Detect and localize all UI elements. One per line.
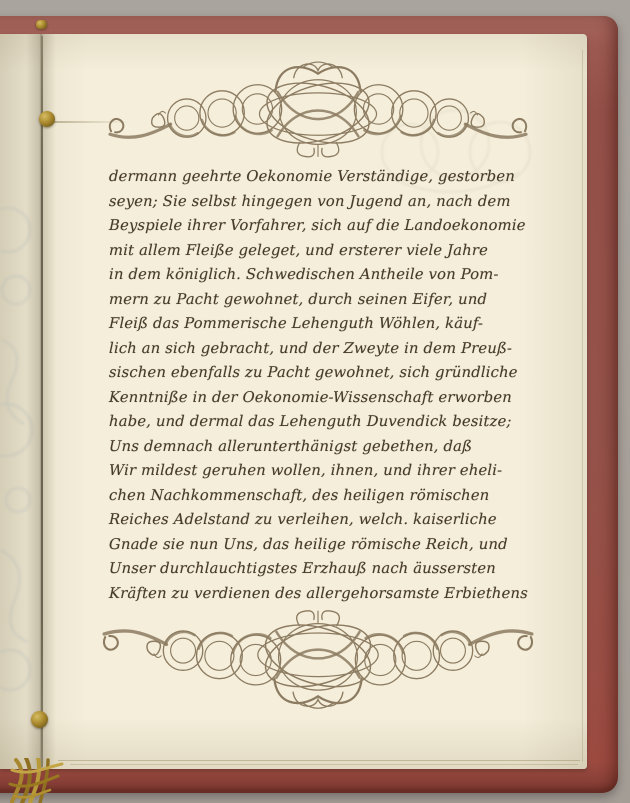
manuscript-line: in dem königlich. Schwedischen Antheile … xyxy=(109,263,509,288)
manuscript-line: Kräften zu verdienen des allergehorsamst… xyxy=(109,582,509,607)
manuscript-line: dermann geehrte Oekonomie Verständige, g… xyxy=(109,165,509,190)
manuscript-line: Reiches Adelstand zu verleihen, welch. k… xyxy=(109,508,509,533)
gold-binding-glint xyxy=(36,20,47,29)
scanned-manuscript-page: dermann geehrte Oekonomie Verständige, g… xyxy=(0,0,630,803)
manuscript-line: Wir mildest geruhen wollen, ihnen, und i… xyxy=(109,459,509,484)
manuscript-line: mern zu Pacht gewohnet, durch seinen Eif… xyxy=(109,288,509,313)
manuscript-line: Kenntniße in der Oekonomie-Wissenschaft … xyxy=(109,386,509,411)
gutter-crease xyxy=(41,36,43,767)
manuscript-line: lich an sich gebracht, und der Zweyte in… xyxy=(109,337,509,362)
gold-tassel xyxy=(6,758,70,803)
manuscript-text-block: dermann geehrte Oekonomie Verständige, g… xyxy=(109,165,509,606)
manuscript-line: Beyspiele ihrer Vorfahrer, sich auf die … xyxy=(109,214,509,239)
bottom-calligraphic-flourish xyxy=(100,606,536,716)
manuscript-line: mit allem Fleiße geleget, und ersterer v… xyxy=(109,239,509,264)
manuscript-line: chen Nachkommenschaft, des heiligen römi… xyxy=(109,484,509,509)
manuscript-line: habe, und dermal das Lehenguth Duvendick… xyxy=(109,410,509,435)
page-stack-edge xyxy=(58,760,580,761)
manuscript-line: Fleiß das Pommerische Lehenguth Wöhlen, … xyxy=(109,312,509,337)
manuscript-line: seyen; Sie selbst hingegen von Jugend an… xyxy=(109,190,509,215)
page-stack-edge xyxy=(582,50,583,762)
manuscript-line: Uns demnach allerunterthänigst gebethen,… xyxy=(109,435,509,460)
page-stack-edge xyxy=(70,764,578,765)
top-calligraphic-flourish xyxy=(106,56,530,160)
gold-binding-stud xyxy=(39,111,55,127)
gold-binding-stud xyxy=(31,711,48,728)
manuscript-line: Unser durchlauchtigstes Erzhauß nach äus… xyxy=(109,557,509,582)
manuscript-line: Gnade sie nun Uns, das heilige römische … xyxy=(109,533,509,558)
manuscript-line: sischen ebenfalls zu Pacht gewohnet, sic… xyxy=(109,361,509,386)
